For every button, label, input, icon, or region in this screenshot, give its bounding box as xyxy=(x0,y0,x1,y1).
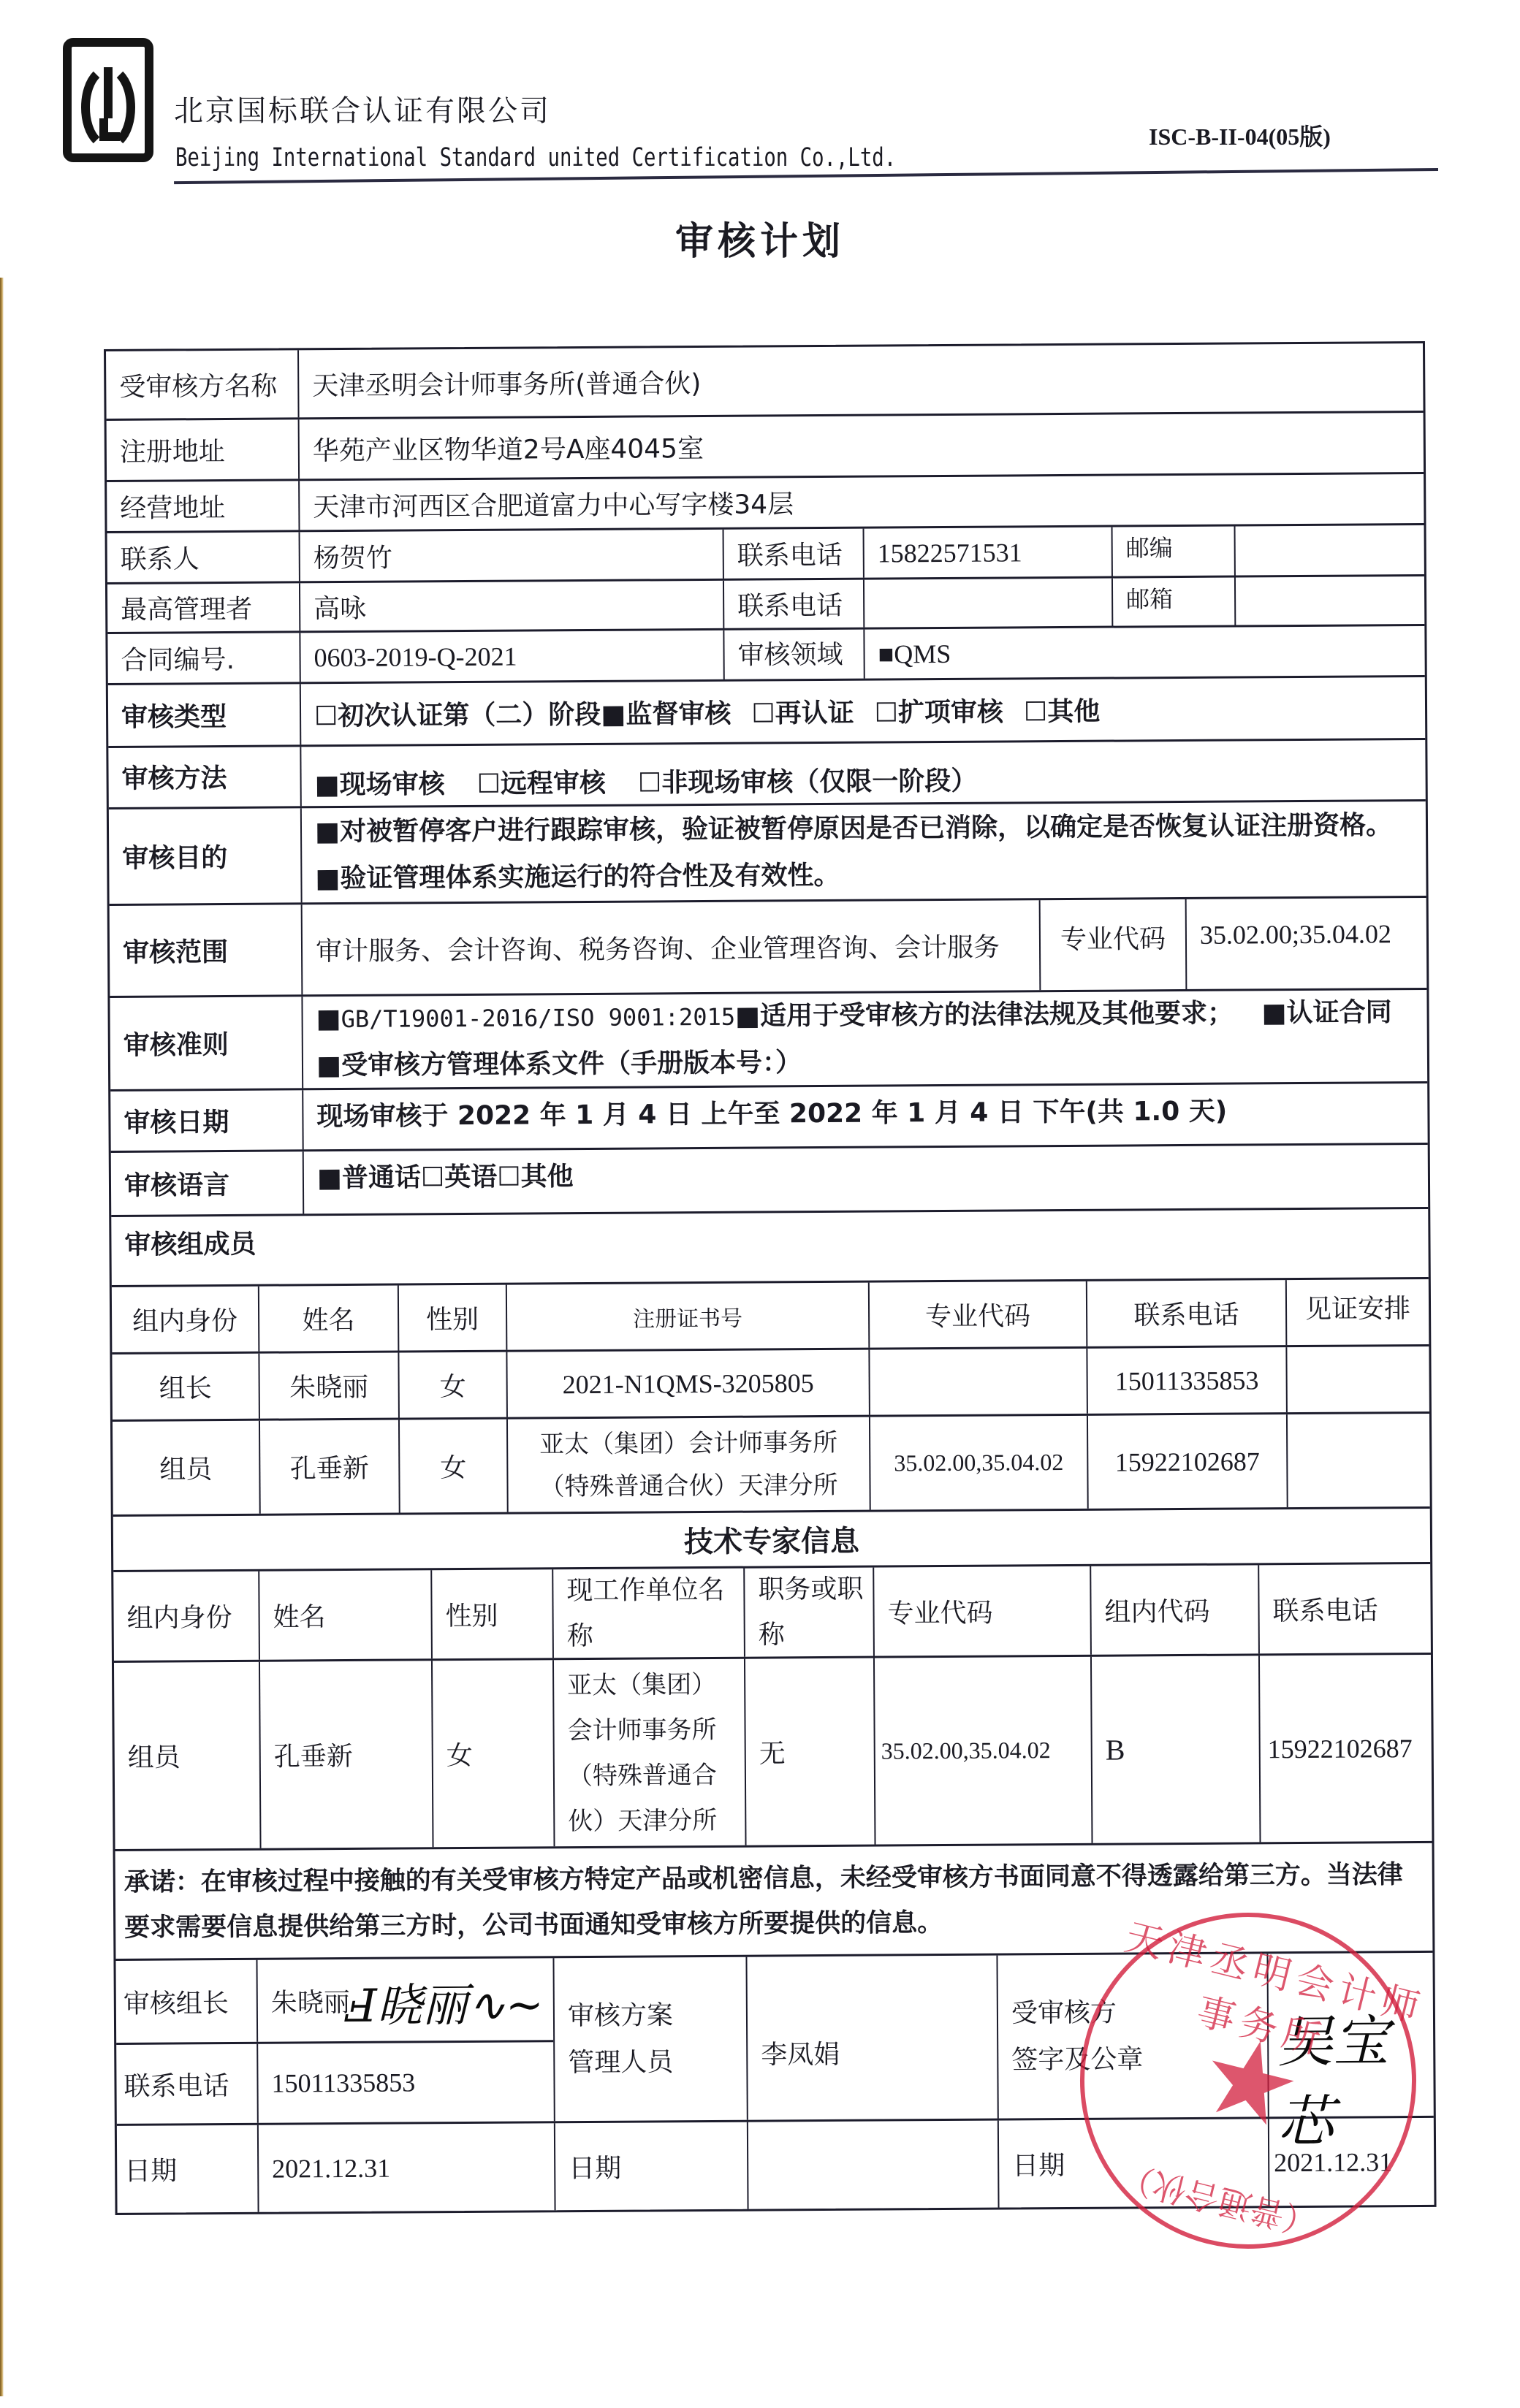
name: 朱晓丽 xyxy=(258,1353,398,1419)
criteria-line: GB/T19001-2016/ISO 9001:2015适用于受审核方的法律法规… xyxy=(316,989,1391,1043)
option-onsite: 现场审核 xyxy=(314,763,444,801)
label: 审核目的 xyxy=(109,808,301,904)
table-row: 组长 朱晓丽 女 2021-N1QMS-3205805 15011335853 xyxy=(112,1344,1429,1420)
label: 邮箱 xyxy=(1111,578,1234,626)
label: 联系电话 xyxy=(723,580,863,628)
column-header: 联系电话 xyxy=(1258,1564,1431,1653)
audit-method-options: 现场审核 远程审核 非现场审核（仅限一阶段） xyxy=(300,740,1425,806)
cert-number: 2021-N1QMS-3205805 xyxy=(506,1350,869,1417)
label: 日期 xyxy=(554,2122,748,2211)
label: 专业代码 xyxy=(1039,899,1186,990)
title: 无 xyxy=(744,1658,875,1845)
gender: 女 xyxy=(431,1660,554,1847)
leader-phone: 15011335853 xyxy=(256,2042,554,2122)
column-header: 见证安排 xyxy=(1285,1279,1429,1345)
role: 组员 xyxy=(113,1421,259,1514)
label: 受审核方名称 xyxy=(106,350,298,419)
row-experts-title: 技术专家信息 xyxy=(113,1506,1430,1570)
row-audit-criteria: 审核准则 GB/T19001-2016/ISO 9001:2015适用于受审核方… xyxy=(110,988,1427,1089)
row-team-section: 审核组成员 xyxy=(111,1207,1429,1285)
company-name-en: Beijing International Standard united Ce… xyxy=(175,143,896,172)
label: 审核准则 xyxy=(110,997,302,1089)
gender: 女 xyxy=(398,1420,507,1513)
phone: 15922102687 xyxy=(1258,1655,1432,1842)
label: 联系人 xyxy=(107,532,299,582)
label: 审核领域 xyxy=(723,630,863,679)
row-audit-language: 审核语言 普通话英语其他 xyxy=(111,1143,1429,1215)
row-reg-addr: 注册地址 华苑产业区物华道2号A座4045室 xyxy=(107,411,1424,480)
leader-date: 2021.12.31 xyxy=(257,2123,555,2211)
experts-header-row: 组内身份 姓名 性别 现工作单位名称 职务或职称 专业代码 组内代码 联系电话 xyxy=(113,1562,1431,1661)
leader-block: 审核组长 朱晓丽 Ⅎ晓丽∿~ 联系电话 15011335853 xyxy=(115,1958,553,2124)
option-other: 其他 xyxy=(1024,691,1101,729)
top-manager: 高咏 xyxy=(299,581,723,631)
gender: 女 xyxy=(398,1352,506,1418)
criteria-item: 适用于受审核方的法律法规及其他要求； xyxy=(735,998,1234,1031)
column-header: 姓名 xyxy=(258,1570,431,1659)
audit-scope-code: 35.02.00;35.04.02 xyxy=(1185,898,1427,989)
witness xyxy=(1286,1414,1430,1507)
table-row: 组员 孔垂新 女 亚太（集团）会计师事务所（特殊普通合伙）天津分所 35.02.… xyxy=(113,1411,1430,1514)
option-surveillance: 监督审核 xyxy=(601,693,731,731)
label: 审核方法 xyxy=(108,747,300,807)
label: 合同编号. xyxy=(107,633,299,683)
team-header-row: 组内身份 姓名 性别 注册证书号 专业代码 联系电话 见证安排 xyxy=(112,1277,1429,1352)
option-initial: 初次认证第（二）阶段 xyxy=(314,694,601,733)
purpose-item: 对被暂停客户进行跟踪审核，验证被暂停原因是否已消除，以确定是否恢复认证注册资格。 xyxy=(315,802,1392,856)
audit-scope: 审计服务、会计咨询、税务咨询、企业管理咨询、会计服务 xyxy=(301,900,1040,994)
column-header: 性别 xyxy=(430,1569,552,1658)
cert-number: 亚太（集团）会计师事务所（特殊普通合伙）天津分所 xyxy=(506,1417,870,1512)
checkbox-checked-icon xyxy=(878,639,894,669)
group-code: B xyxy=(1090,1655,1260,1843)
audit-type-options: 初次认证第（二）阶段 监督审核 再认证 扩项审核 其他 xyxy=(300,677,1425,744)
label: 经营地址 xyxy=(107,481,298,531)
option-english: 英语 xyxy=(421,1157,498,1195)
label: 联系电话 xyxy=(723,529,863,579)
audit-criteria-items: GB/T19001-2016/ISO 9001:2015适用于受审核方的法律法规… xyxy=(301,990,1427,1088)
isc-logo-icon xyxy=(63,38,153,162)
label: 管理人员 xyxy=(568,2039,673,2087)
company-name-cn: 北京国标联合认证有限公司 xyxy=(174,88,551,129)
label: 审核语言 xyxy=(111,1151,303,1215)
audit-language-options: 普通话英语其他 xyxy=(303,1145,1428,1213)
postcode xyxy=(1234,525,1424,576)
row-top-manager: 最高管理者 高咏 联系电话 邮箱 xyxy=(107,574,1424,632)
label: 审核范围 xyxy=(110,904,302,996)
employer: 亚太（集团）会计师事务所（特殊普通合伙）天津分所 xyxy=(552,1659,745,1847)
label: 最高管理者 xyxy=(107,583,299,632)
column-header: 专业代码 xyxy=(873,1566,1090,1656)
column-header: 组内身份 xyxy=(112,1287,259,1352)
label: 审核日期 xyxy=(110,1090,302,1151)
option-other: 其他 xyxy=(497,1156,574,1194)
leader-signature: Ⅎ晓丽∿~ xyxy=(346,1968,544,2035)
option-mandarin: 普通话 xyxy=(317,1157,421,1195)
section-title: 技术专家信息 xyxy=(113,1509,1430,1570)
label: 联系电话 xyxy=(116,2044,257,2124)
phone: 15011335853 xyxy=(1086,1347,1286,1414)
role: 组长 xyxy=(112,1354,259,1420)
column-header: 联系电话 xyxy=(1086,1280,1286,1346)
audit-field: QMS xyxy=(863,626,1424,679)
planner-name: 李凤娟 xyxy=(745,1956,997,2120)
criteria-item: 受审核方管理体系文件（手册版本号：） xyxy=(316,1040,802,1089)
audit-field-value: QMS xyxy=(894,638,951,668)
option-remote: 远程审核 xyxy=(477,763,607,801)
option-offsite: 非现场审核（仅限一阶段） xyxy=(638,761,978,800)
specialty-code xyxy=(868,1349,1087,1415)
biz-address: 天津市河西区合肥道富力中心写字楼34层 xyxy=(298,474,1424,530)
page-title: 审核计划 xyxy=(0,210,1520,265)
leader-name-cell: 朱晓丽 Ⅎ晓丽∿~ xyxy=(256,1958,553,2041)
row-client-name: 受审核方名称 天津丞明会计师事务所(普通合伙) xyxy=(106,343,1424,419)
contact-phone: 15822571531 xyxy=(863,527,1111,578)
specialty-code: 35.02.00,35.04.02 xyxy=(869,1416,1087,1510)
row-biz-addr: 经营地址 天津市河西区合肥道富力中心写字楼34层 xyxy=(107,472,1424,531)
specialty-code: 35.02.00,35.04.02 xyxy=(873,1657,1092,1845)
row-contract: 合同编号. 0603-2019-Q-2021 审核领域 QMS xyxy=(107,624,1424,683)
column-header: 职务或职称 xyxy=(743,1568,873,1657)
table-row: 组员 孔垂新 女 亚太（集团）会计师事务所（特殊普通合伙）天津分所 无 35.0… xyxy=(114,1653,1432,1849)
column-header: 组内身份 xyxy=(113,1571,259,1661)
planner-date xyxy=(747,2121,998,2209)
criteria-item: GB/T19001-2016/ISO 9001:2015 xyxy=(316,1001,735,1034)
column-header: 注册证书号 xyxy=(506,1283,869,1350)
scan-edge xyxy=(0,278,4,2396)
role: 组员 xyxy=(114,1662,260,1849)
row-audit-scope: 审核范围 审计服务、会计咨询、税务咨询、企业管理咨询、会计服务 专业代码 35.… xyxy=(110,896,1427,996)
option-extension: 扩项审核 xyxy=(875,691,1004,729)
section-label: 审核组成员 xyxy=(111,1209,1429,1285)
row-audit-method: 审核方法 现场审核 远程审核 非现场审核（仅限一阶段） xyxy=(108,738,1425,807)
label: 日期 xyxy=(117,2125,258,2213)
contract-number: 0603-2019-Q-2021 xyxy=(299,630,723,682)
phone: 15922102687 xyxy=(1087,1414,1287,1509)
email xyxy=(1234,576,1424,625)
label: 审核类型 xyxy=(108,684,300,746)
column-header: 专业代码 xyxy=(868,1281,1087,1348)
client-name: 天津丞明会计师事务所(普通合伙) xyxy=(297,343,1424,417)
row-audit-date: 审核日期 现场审核于 2022 年 1 月 4 日 上午至 2022 年 1 月… xyxy=(110,1081,1427,1151)
column-header: 姓名 xyxy=(258,1286,398,1352)
leader-row: 审核组长 朱晓丽 Ⅎ晓丽∿~ xyxy=(115,1958,553,2045)
leader-name: 朱晓丽 xyxy=(271,1981,350,2019)
purpose-item: 验证管理体系实施运行的符合性及有效性。 xyxy=(315,852,840,902)
row-audit-purpose: 审核目的 对被暂停客户进行跟踪审核，验证被暂停原因是否已消除，以确定是否恢复认证… xyxy=(109,799,1426,904)
form-code: ISC-B-II-04(05版) xyxy=(1149,118,1331,152)
label: 审核方案 xyxy=(568,1992,673,2040)
option-recert: 再认证 xyxy=(751,693,854,731)
witness xyxy=(1285,1346,1429,1412)
row-audit-type: 审核类型 初次认证第（二）阶段 监督审核 再认证 扩项审核 其他 xyxy=(108,675,1425,746)
column-header: 现工作单位名称 xyxy=(552,1569,744,1658)
label: 邮编 xyxy=(1111,527,1234,576)
leader-phone-row: 联系电话 15011335853 xyxy=(116,2042,554,2124)
audit-date: 现场审核于 2022 年 1 月 4 日 上午至 2022 年 1 月 4 日 … xyxy=(302,1083,1427,1149)
criteria-item: 认证合同 xyxy=(1261,997,1391,1028)
name: 孔垂新 xyxy=(259,1420,399,1514)
audit-purpose-items: 对被暂停客户进行跟踪审核，验证被暂停原因是否已消除，以确定是否恢复认证注册资格。… xyxy=(300,801,1426,902)
column-header: 性别 xyxy=(398,1285,506,1351)
label: 审核组长 xyxy=(115,1960,256,2043)
label: 注册地址 xyxy=(107,419,298,480)
name: 孔垂新 xyxy=(259,1661,433,1848)
row-contact: 联系人 杨贺竹 联系电话 15822571531 邮编 xyxy=(107,523,1424,582)
top-manager-phone xyxy=(863,579,1111,628)
reg-address: 华苑产业区物华道2号A座4045室 xyxy=(298,413,1424,479)
planner-label: 审核方案 管理人员 xyxy=(552,1957,746,2122)
contact-name: 杨贺竹 xyxy=(299,530,723,582)
column-header: 组内代码 xyxy=(1090,1565,1258,1654)
